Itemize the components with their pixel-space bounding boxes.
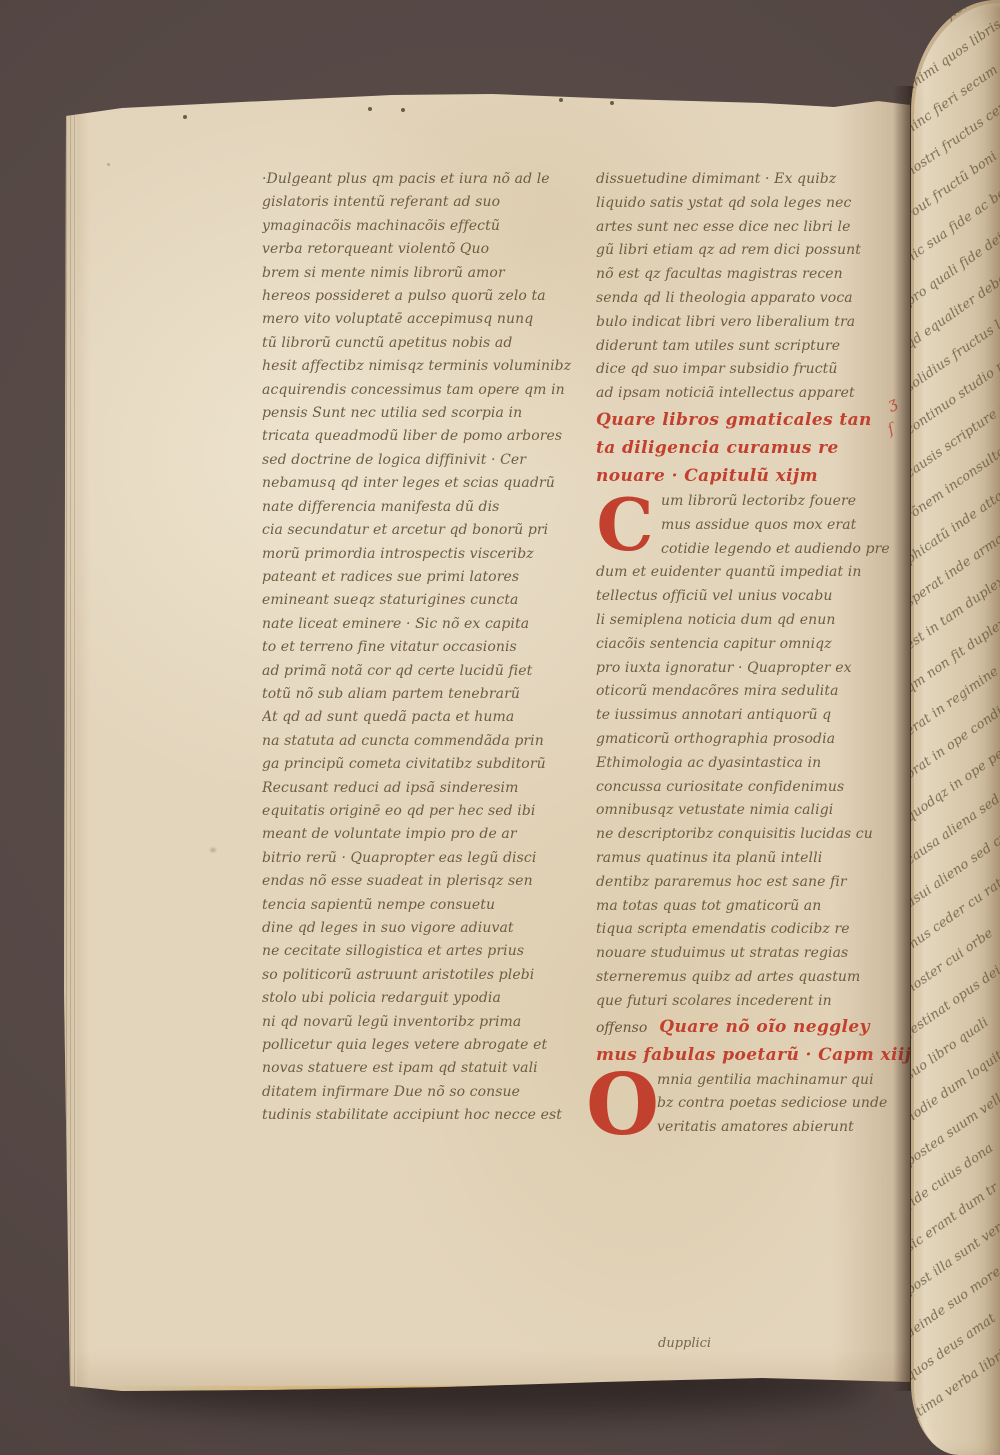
manuscript-text-line: tudinis stabilitate accipiunt hoc necce … xyxy=(262,1104,594,1127)
rubric-text-line: Quare libros gmaticales tan xyxy=(596,406,910,434)
manuscript-text-line: dine qd leges in suo vigore adiuvat xyxy=(262,917,594,940)
manuscript-text-line: artes sunt nec esse dice nec libri le xyxy=(596,216,910,240)
manuscript-text-line: nõ est qz facultas magistras recen xyxy=(596,263,910,287)
rubric-chapter-13-line1: offensoQuare nõ oĩo neggley xyxy=(596,1014,910,1041)
manuscript-text-line: na statuta ad cuncta commendãda prin xyxy=(262,730,594,753)
manuscript-text-line: dentibz pararemus hoc est sane fir xyxy=(596,871,910,895)
manuscript-text-line: dice qd suo impar subsidio fructũ xyxy=(596,358,910,382)
manuscript-text-line: bz contra poetas sediciose unde xyxy=(657,1092,910,1116)
chapter-end-lines: dissuetudine dimimant · Ex quibzliquido … xyxy=(596,168,910,406)
rubric-chapter-13-line2: mus fabulas poetarũ · Capm xiijm xyxy=(596,1041,910,1069)
manuscript-text-line: nouare studuimus ut stratas regias xyxy=(596,942,910,966)
manuscript-text-line: tellectus officiũ vel unius vocabu xyxy=(596,585,910,609)
manuscript-text-line: Recusant reduci ad ipsã sinderesim xyxy=(262,777,594,800)
manuscript-text-line: bulo indicat libri vero liberalium tra xyxy=(596,311,910,335)
manuscript-text-line: tiqua scripta emendatis codicibz re xyxy=(596,918,910,942)
adjacent-page-fore-edge: sed quales sunt eaquibus fieri soletanim… xyxy=(911,0,1000,1455)
manuscript-text-line: verba retorqueant violentõ Quo xyxy=(262,238,594,261)
manuscript-text-line: gmaticorũ orthographia prosodia xyxy=(596,728,910,752)
manuscript-text-line: tricata queadmodũ liber de pomo arbores xyxy=(262,425,594,448)
manuscript-text-line: endas nõ esse suadeat in plerisqz sen xyxy=(262,870,594,893)
manuscript-text-line: nate differencia manifesta dũ dis xyxy=(262,496,594,519)
manuscript-text-line: concussa curiositate confidenimus xyxy=(596,776,910,800)
manuscript-text-line: equitatis originē eo qd per hec sed ibi xyxy=(262,800,594,823)
manuscript-text-line: bitrio rerũ · Quapropter eas legũ disci xyxy=(262,847,594,870)
pricking-hole xyxy=(559,98,563,102)
pricking-hole xyxy=(368,107,372,111)
manuscript-text-line: ga principũ cometa civitatibz subditorũ xyxy=(262,753,594,776)
manuscript-text-line: meant de voluntate impio pro de ar xyxy=(262,823,594,846)
manuscript-text-line: nebamusq qd inter leges et scias quadrũ xyxy=(262,472,594,495)
chapter-12-body: C um librorũ lectoribz foueremus assidue… xyxy=(596,490,910,1014)
rubric-text-line: ta diligencia curamus re xyxy=(596,434,910,462)
manuscript-text-line: hesit affectibz nimisqz terminis volumin… xyxy=(262,355,594,378)
manuscript-text-line: sterneremus quibz ad artes quastum xyxy=(596,966,910,990)
manuscript-text-line: ciacõis sentencia capitur omniqz xyxy=(596,633,910,657)
manuscript-text-line: um librorũ lectoribz fouere xyxy=(661,490,910,514)
manuscript-text-line: ymaginacõis machinacõis effectũ xyxy=(262,215,594,238)
chapter-12-lines: um librorũ lectoribz foueremus assidue q… xyxy=(596,490,910,1014)
manuscript-text-line: cotidie legendo et audiendo pre xyxy=(661,538,910,562)
manuscript-text-line: to et terreno fine vitatur occasionis xyxy=(262,636,594,659)
manuscript-text-line: mnia gentilia machinamur qui xyxy=(657,1069,910,1093)
manuscript-text-line: ad primã notã cor qd certe lucidũ fiet xyxy=(262,660,594,683)
page-edge-stack xyxy=(62,102,77,1388)
manuscript-text-line: ditatem infirmare Due nõ so consue xyxy=(262,1081,594,1104)
manuscript-text-line: emineant sueqz staturigines cuncta xyxy=(262,589,594,612)
rubric-text-inline: Quare nõ oĩo neggley xyxy=(659,1017,870,1037)
red-initial-C: C xyxy=(594,492,656,561)
left-column-lines: ·Dulgeant plus qm pacis et iura nõ ad le… xyxy=(262,168,594,1128)
manuscript-photo: ·Dulgeant plus qm pacis et iura nõ ad le… xyxy=(0,0,1000,1455)
rubric-chapter-12: Quare libros gmaticales tanta diligencia… xyxy=(596,406,910,490)
manuscript-text-line: ramus quatinus ita planũ intelli xyxy=(596,847,910,871)
manuscript-text-line: brem si mente nimis librorũ amor xyxy=(262,262,594,285)
manuscript-text-line: acquirendis concessimus tam opere qm in xyxy=(262,379,594,402)
manuscript-text-line: tũ librorũ cunctũ apetitus nobis ad xyxy=(262,332,594,355)
manuscript-text-line: ·Dulgeant plus qm pacis et iura nõ ad le xyxy=(262,168,594,191)
manuscript-text-line: sed doctrine de logica diffinivit · Cer xyxy=(262,449,594,472)
manuscript-text-line: stolo ubi policia redarguit ypodia xyxy=(262,987,594,1010)
text-column-left: ·Dulgeant plus qm pacis et iura nõ ad le… xyxy=(262,168,594,1128)
manuscript-text-line: Ethimologia ac dyasintastica in xyxy=(596,752,910,776)
manuscript-text-line: pollicetur quia leges vetere abrogate et xyxy=(262,1034,594,1057)
pricking-hole xyxy=(610,101,614,105)
manuscript-text-line: diderunt tam utiles sunt scripture xyxy=(596,335,910,359)
rubric-text-line: nouare · Capitulũ xijm xyxy=(596,462,910,490)
manuscript-text-line: mus assidue quos mox erat xyxy=(661,514,910,538)
manuscript-text-line: totũ nõ sub aliam partem tenebrarũ xyxy=(262,683,594,706)
manuscript-text-line: mero vito voluptatē accepimusq nunq xyxy=(262,308,594,331)
manuscript-text-line: nate liceat eminere · Sic nõ ex capita xyxy=(262,613,594,636)
manuscript-text-line: senda qd li theologia apparato voca xyxy=(596,287,910,311)
manuscript-text-line: gislatoris intentũ referant ad suo xyxy=(262,191,594,214)
manuscript-text-line: que futuri scolares incederent in xyxy=(596,990,910,1014)
manuscript-text-line: ma totas quas tot gmaticorũ an xyxy=(596,895,910,919)
manuscript-text-line: omnibusqz vetustate nimia caligi xyxy=(596,799,910,823)
catchword: dupplici xyxy=(658,1336,711,1351)
manuscript-text-line: pateant et radices sue primi latores xyxy=(262,566,594,589)
manuscript-text-line: dissuetudine dimimant · Ex quibz xyxy=(596,168,910,192)
manuscript-text-line: te iussimus annotari antiquorũ q xyxy=(596,704,910,728)
chapter-13-body: O mnia gentilia machinamur quibz contra … xyxy=(596,1069,910,1140)
manuscript-text-line: li semiplena noticia dum qd enun xyxy=(596,609,910,633)
manuscript-text-line: ad ipsam noticiã intellectus apparet xyxy=(596,382,910,406)
red-initial-O: O xyxy=(586,1069,652,1139)
manuscript-text-line: At qd ad sunt quedã pacta et huma xyxy=(262,706,594,729)
parchment-speck xyxy=(210,848,216,852)
manuscript-text-line: ni qd novarũ legũ inventoribz prima xyxy=(262,1011,594,1034)
manuscript-text-line: ne descriptoribz conquisitis lucidas cu xyxy=(596,823,910,847)
manuscript-text-line: liquido satis ystat qd sola leges nec xyxy=(596,192,910,216)
manuscript-text-line: veritatis amatores abierunt xyxy=(657,1116,910,1140)
manuscript-text-line: oticorũ mendacõres mira sedulita xyxy=(596,680,910,704)
manuscript-text-line: dum et euidenter quantũ impediat in xyxy=(596,561,910,585)
text-word-offenso: offenso xyxy=(596,1020,647,1036)
manuscript-text-line: so politicorũ astruunt aristotiles plebi xyxy=(262,964,594,987)
manuscript-text-line: cia secundatur et arcetur qd bonorũ pri xyxy=(262,519,594,542)
manuscript-page: ·Dulgeant plus qm pacis et iura nõ ad le… xyxy=(62,90,910,1395)
pricking-hole xyxy=(183,115,187,119)
manuscript-text-line: tencia sapientũ nempe consuetu xyxy=(262,894,594,917)
text-column-right: dissuetudine dimimant · Ex quibzliquido … xyxy=(596,168,910,1140)
manuscript-text-line: pensis Sunt nec utilia sed scorpia in xyxy=(262,402,594,425)
manuscript-text-line: gũ libri etiam qz ad rem dici possunt xyxy=(596,239,910,263)
pricking-hole xyxy=(401,108,405,112)
parchment-speck xyxy=(107,163,110,166)
manuscript-text-line: novas statuere est ipam qd statuit vali xyxy=(262,1057,594,1080)
manuscript-text-line: morũ primordia introspectis visceribz xyxy=(262,543,594,566)
manuscript-text-line: pro iuxta ignoratur · Quapropter ex xyxy=(596,657,910,681)
manuscript-text-line: hereos possideret a pulso quorũ zelo ta xyxy=(262,285,594,308)
manuscript-text-line: ne cecitate sillogistica et artes prius xyxy=(262,940,594,963)
